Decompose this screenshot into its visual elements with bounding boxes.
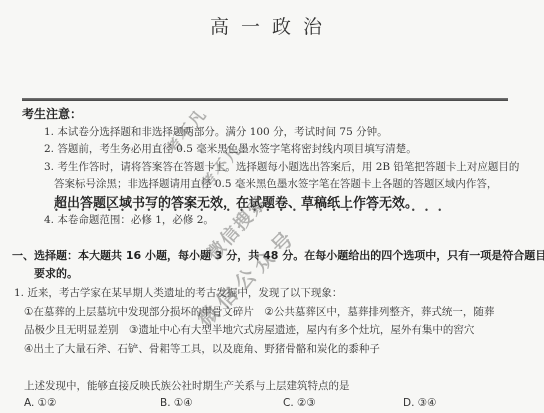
option-c: C. ②③ bbox=[283, 397, 316, 409]
question-1-prompt: 上述发现中，能够直接反映氏族公社时期生产关系与上层建筑特点的是 bbox=[24, 378, 350, 393]
section-heading-cont: 要求的。 bbox=[34, 265, 78, 281]
notice-item-3-cont: 答案标号涂黑；非选择题请用直径 0.5 毫米黑色墨水签字笔在答题卡上各题的答题区… bbox=[54, 176, 497, 191]
question-1-item-line-3: ④出土了大量石斧、石铲、骨耜等工具，以及鹿角、野猪骨骼和炭化的黍种子 bbox=[24, 341, 380, 356]
notice-item-1: 1. 本试卷分选择题和非选择题两部分。满分 100 分，考试时间 75 分钟。 bbox=[44, 124, 388, 139]
exam-page: 高一政治 考生注意： 1. 本试卷分选择题和非选择题两部分。满分 100 分，考… bbox=[0, 0, 544, 413]
notice-item-4: 4. 本卷命题范围：必修 1，必修 2。 bbox=[44, 212, 214, 227]
notice-heading: 考生注意： bbox=[22, 105, 82, 122]
question-1-item-line-1: ①在墓葬的上层墓坑中发现部分损坏的甲骨文碎片 ②公共墓葬区中，墓葬排列整齐，葬式… bbox=[24, 304, 494, 319]
question-1-item-line-2: 品极少且无明显差别 ③遗址中心有大型半地穴式房屋遗迹，屋内有多个灶坑，屋外有集中… bbox=[24, 322, 474, 337]
page-title: 高一政治 bbox=[0, 12, 544, 39]
question-1-stem: 1. 近来，考古学家在某早期人类遗址的考古发掘中，发现了以下现象： bbox=[14, 285, 342, 300]
notice-item-2: 2. 答题前，考生务必用直径 0.5 毫米黑色墨水签字笔将密封线内项目填写清楚。 bbox=[44, 141, 417, 156]
option-a: A. ①② bbox=[24, 397, 57, 409]
header-divider bbox=[22, 98, 508, 101]
option-b: B. ①④ bbox=[160, 397, 193, 409]
option-d: D. ③④ bbox=[403, 397, 437, 409]
notice-item-3: 3. 考生作答时，请将答案答在答题卡上。选择题每小题选出答案后，用 2B 铅笔把… bbox=[44, 159, 519, 174]
section-heading: 一、选择题：本大题共 16 小题，每小题 3 分，共 48 分。在每小题给出的四… bbox=[12, 247, 544, 263]
